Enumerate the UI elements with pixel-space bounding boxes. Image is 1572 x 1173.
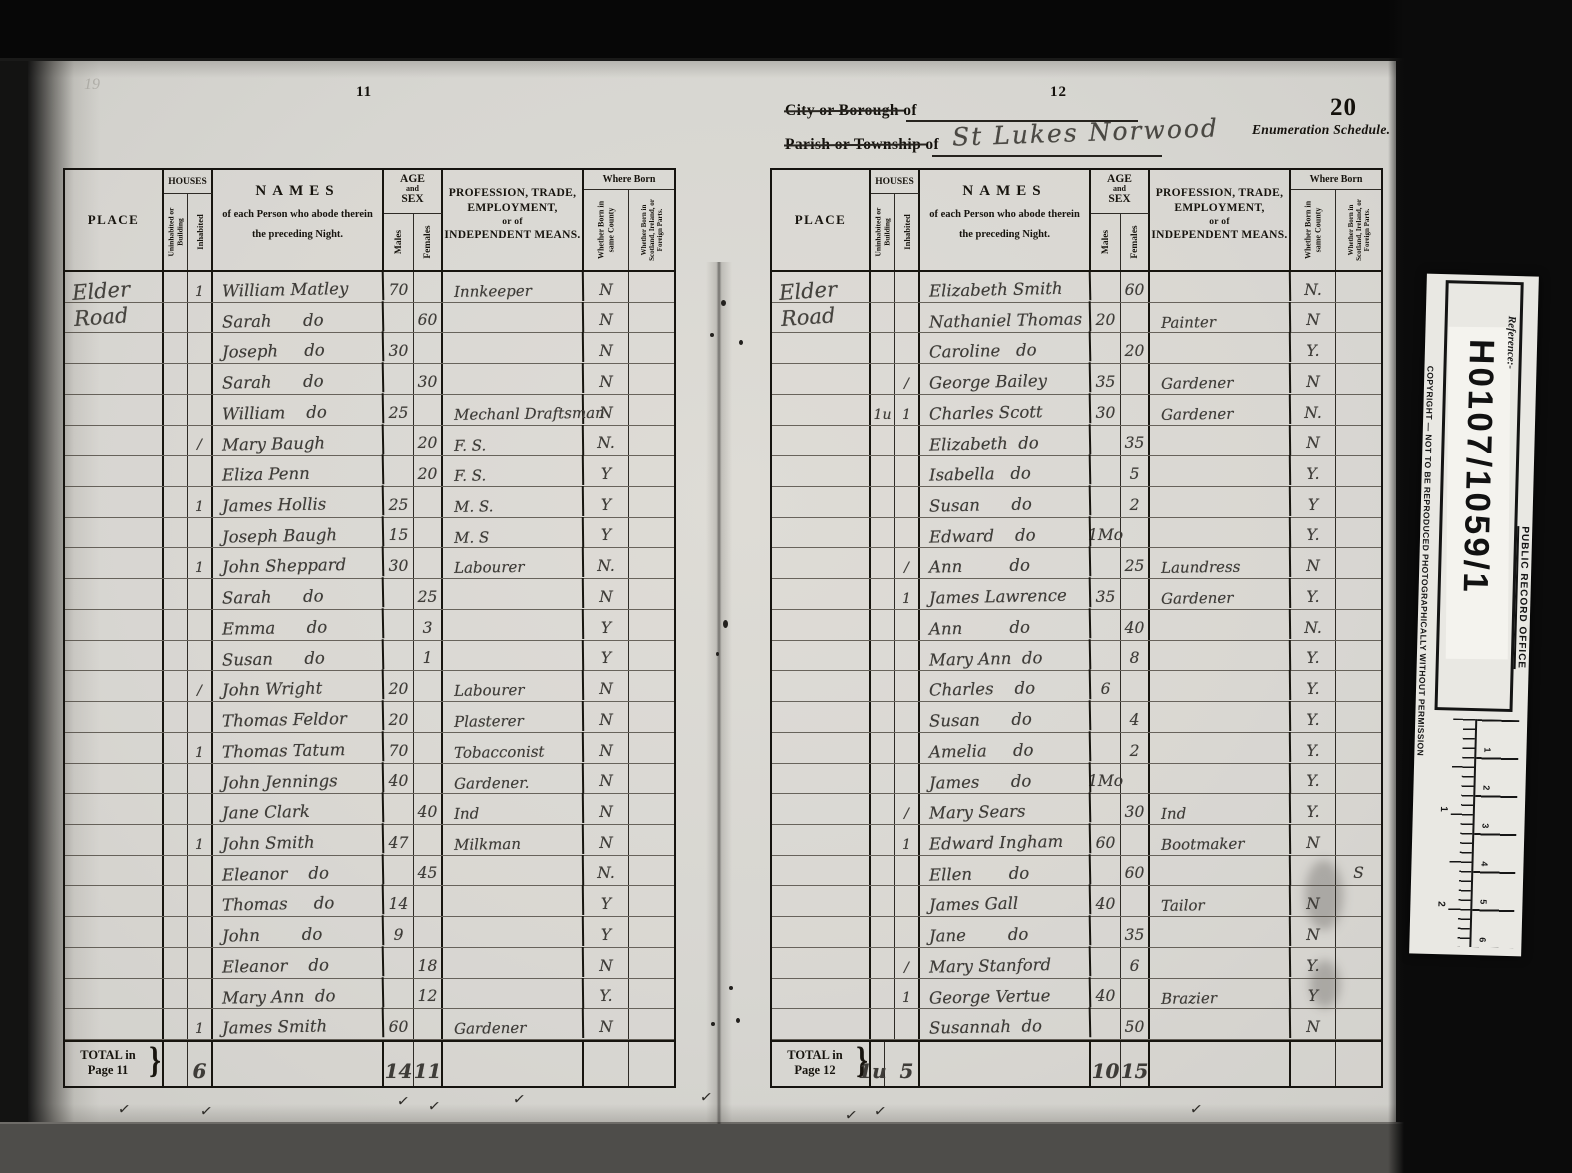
table-row: John Jennings 40 Gardener. N <box>65 764 674 795</box>
ruler-inch-scale: 1 2 <box>1429 718 1475 947</box>
cell-uninhabited <box>164 856 188 886</box>
cell-inhabited <box>188 456 213 486</box>
cell-inhabited <box>895 917 920 947</box>
age-male: 6 <box>1091 671 1121 701</box>
total-names-blank <box>920 1042 1091 1086</box>
born-same-county-mark: N. <box>1291 395 1336 425</box>
born-same-county-mark: Y <box>584 917 629 947</box>
table-row: Elizabeth Smith 60 N. <box>772 272 1381 303</box>
born-same-county-mark: N <box>1291 917 1336 947</box>
person-name: Sarah do <box>213 362 385 395</box>
schedule-number: 20 <box>1330 94 1357 122</box>
profession <box>443 332 584 364</box>
total-males: 10 <box>1091 1042 1121 1086</box>
table-row: Ann do 40 N. <box>772 610 1381 641</box>
cell-inhabited <box>188 856 213 886</box>
profession <box>1150 271 1291 303</box>
cell-uninhabited <box>871 456 895 486</box>
cell-place <box>772 825 871 855</box>
cell-place <box>65 702 164 732</box>
pen-tick-mark: ✓ <box>199 1101 214 1121</box>
col-header-houses: HOUSES <box>164 170 213 194</box>
age-female: 30 <box>1121 794 1150 824</box>
table-row: Elizabeth do 35 N <box>772 426 1381 457</box>
person-name: Ellen do <box>920 854 1092 887</box>
profession: Ind <box>443 793 584 825</box>
cell-inhabited <box>895 886 920 916</box>
cell-uninhabited <box>871 917 895 947</box>
table-row: Susan do 2 Y <box>772 487 1381 518</box>
born-foreign-mark <box>629 948 674 978</box>
table-row: 1 James Smith 60 Gardener N <box>65 1009 674 1040</box>
cell-place <box>772 518 871 548</box>
cell-uninhabited <box>871 825 895 855</box>
table-row: John do 9 Y <box>65 917 674 948</box>
profession: M. S. <box>443 486 584 518</box>
cell-uninhabited <box>164 671 188 701</box>
measurement-ruler: 1 2 3 4 5 6 1 2 <box>1417 718 1519 948</box>
age-male <box>1091 702 1121 732</box>
age-male: 20 <box>1091 303 1121 333</box>
total-foreign-blank <box>629 1042 674 1086</box>
profession <box>443 640 584 672</box>
ruler-number: 4 <box>1479 861 1489 866</box>
faint-corner-mark: 19 <box>84 76 100 94</box>
cell-uninhabited <box>871 333 895 363</box>
profession: Tailor <box>1150 885 1291 917</box>
born-same-county-mark: N <box>584 579 629 609</box>
table-body: 1 William Matley 70 Innkeeper N Sarah do… <box>65 272 674 1040</box>
profession <box>443 978 584 1010</box>
age-male: 70 <box>384 272 414 302</box>
cell-uninhabited <box>871 487 895 517</box>
person-name: Charles do <box>920 670 1092 703</box>
pen-tick-mark: ✓ <box>396 1091 411 1111</box>
age-male <box>1091 917 1121 947</box>
profession: Labourer <box>443 547 584 579</box>
cell-uninhabited <box>871 579 895 609</box>
cell-place <box>772 395 871 425</box>
cell-place <box>772 456 871 486</box>
total-county-blank <box>1291 1042 1336 1086</box>
reference-code: H0107/1059/1 <box>1455 339 1502 596</box>
born-foreign-mark <box>1336 610 1381 640</box>
person-name: Edward Ingham <box>920 823 1092 856</box>
born-same-county-mark: N <box>1291 303 1336 333</box>
cell-uninhabited <box>164 733 188 763</box>
profession <box>443 855 584 887</box>
total-inhabited: 5 <box>895 1042 920 1086</box>
born-foreign-mark <box>1336 794 1381 824</box>
born-foreign-mark <box>629 579 674 609</box>
cell-inhabited: 1 <box>188 272 213 302</box>
cell-uninhabited <box>871 610 895 640</box>
cell-inhabited <box>188 303 213 333</box>
age-male: 40 <box>384 764 414 794</box>
cell-place <box>65 917 164 947</box>
age-female <box>414 333 443 363</box>
person-name: George Bailey <box>920 362 1092 395</box>
table-row: Mary Ann do 8 Y. <box>772 641 1381 672</box>
age-male: 40 <box>1091 886 1121 916</box>
born-same-county-mark: N <box>584 671 629 701</box>
born-foreign-mark <box>629 1009 674 1039</box>
age-male: 30 <box>1091 395 1121 425</box>
cell-uninhabited <box>871 733 895 763</box>
cell-inhabited <box>895 856 920 886</box>
cell-uninhabited <box>164 272 188 302</box>
person-name: James Smith <box>213 1007 385 1040</box>
age-female: 18 <box>414 948 443 978</box>
col-header-females: Females <box>414 214 443 270</box>
age-male <box>384 579 414 609</box>
profession <box>1150 763 1291 795</box>
col-header-uninhabited: Uninhabited or Building <box>164 194 188 270</box>
age-male: 35 <box>1091 364 1121 394</box>
cell-inhabited <box>188 948 213 978</box>
born-foreign-mark <box>629 333 674 363</box>
person-name: Amelia do <box>920 731 1092 764</box>
col-header-names: NAMES of each Person who abode therein t… <box>213 170 384 270</box>
cell-place <box>772 364 871 394</box>
born-same-county-mark: Y. <box>1291 948 1336 978</box>
ruler-number: 1 <box>1482 747 1492 752</box>
person-name: Jane do <box>920 915 1092 948</box>
profession: Innkeeper <box>443 271 584 303</box>
person-name: James do <box>920 762 1092 795</box>
profession: Laundress <box>1150 547 1291 579</box>
age-female <box>1121 764 1150 794</box>
cell-inhabited: 1 <box>188 487 213 517</box>
born-same-county-mark: Y <box>584 610 629 640</box>
pen-tick-mark: ✓ <box>512 1089 527 1109</box>
age-female: 30 <box>414 364 443 394</box>
person-name: Ann do <box>920 547 1092 580</box>
ruler-number: 2 <box>1481 785 1491 790</box>
age-female <box>1121 579 1150 609</box>
born-same-county-mark: Y <box>1291 979 1336 1009</box>
table-header: PLACE HOUSES Uninhabited or Building Inh… <box>772 170 1381 272</box>
col-header-age-sex: AGE and SEX <box>1091 170 1150 214</box>
profession: Bootmaker <box>1150 824 1291 856</box>
cell-place <box>65 794 164 824</box>
cell-uninhabited <box>871 426 895 456</box>
cell-uninhabited <box>164 426 188 456</box>
person-name: Eleanor do <box>213 946 385 979</box>
born-same-county-mark: Y. <box>1291 641 1336 671</box>
pen-tick-mark: ✓ <box>844 1105 859 1125</box>
parish-underline <box>932 155 1162 157</box>
cell-uninhabited <box>871 1009 895 1039</box>
profession: Gardener <box>1150 394 1291 426</box>
census-table-page-12: PLACE HOUSES Uninhabited or Building Inh… <box>770 168 1383 1088</box>
age-female <box>1121 671 1150 701</box>
born-same-county-mark: N <box>1291 1009 1336 1039</box>
page-fold-crease <box>706 262 732 1124</box>
cell-place <box>65 825 164 855</box>
age-male: 20 <box>384 671 414 701</box>
cell-inhabited <box>895 518 920 548</box>
born-foreign-mark <box>1336 579 1381 609</box>
born-same-county-mark: N. <box>1291 610 1336 640</box>
total-uninhabited <box>164 1042 188 1086</box>
person-name: Mary Ann do <box>213 977 385 1010</box>
age-male <box>384 794 414 824</box>
cell-inhabited: 1 <box>895 395 920 425</box>
profession: Gardener. <box>443 763 584 795</box>
cell-inhabited <box>188 364 213 394</box>
born-same-county-mark: Y <box>584 456 629 486</box>
col-header-males: Males <box>1091 214 1121 270</box>
cell-inhabited <box>188 917 213 947</box>
cell-place <box>65 641 164 671</box>
person-name: Thomas Feldor <box>213 700 385 733</box>
age-male <box>384 364 414 394</box>
total-label: TOTAL inPage 12 } <box>772 1042 871 1086</box>
table-row: Edward do 1Mo Y. <box>772 518 1381 549</box>
age-male: 35 <box>1091 579 1121 609</box>
cell-uninhabited <box>164 979 188 1009</box>
cell-inhabited <box>895 764 920 794</box>
born-foreign-mark <box>629 917 674 947</box>
born-foreign-mark <box>629 426 674 456</box>
table-row: / George Bailey 35 Gardener N <box>772 364 1381 395</box>
born-foreign-mark <box>629 671 674 701</box>
age-female <box>1121 364 1150 394</box>
cell-place <box>772 917 871 947</box>
cell-uninhabited <box>871 272 895 302</box>
cell-inhabited <box>188 518 213 548</box>
age-male <box>384 641 414 671</box>
cell-place <box>65 364 164 394</box>
total-males: 14 <box>384 1042 414 1086</box>
ink-speck <box>716 652 719 656</box>
born-foreign-mark <box>629 456 674 486</box>
cell-uninhabited <box>164 333 188 363</box>
cell-place <box>65 733 164 763</box>
person-name: Nathaniel Thomas <box>920 301 1092 334</box>
age-male: 25 <box>384 395 414 425</box>
person-name: Susan do <box>920 700 1092 733</box>
ruler-cm-scale: 1 2 3 4 5 6 <box>1469 719 1519 948</box>
age-male <box>1091 272 1121 302</box>
age-male <box>1091 487 1121 517</box>
born-same-county-mark: N <box>584 825 629 855</box>
born-same-county-mark: N. <box>1291 272 1336 302</box>
cell-inhabited: / <box>895 548 920 578</box>
cell-uninhabited <box>164 456 188 486</box>
cell-inhabited <box>188 886 213 916</box>
cell-inhabited: / <box>188 671 213 701</box>
born-foreign-mark <box>1336 487 1381 517</box>
table-row: James Gall 40 Tailor N <box>772 886 1381 917</box>
person-name: James Lawrence <box>920 577 1092 610</box>
table-row: 1 John Sheppard 30 Labourer N. <box>65 548 674 579</box>
cell-uninhabited <box>871 948 895 978</box>
cell-inhabited: / <box>188 426 213 456</box>
total-label: TOTAL inPage 11 } <box>65 1042 164 1086</box>
age-female: 60 <box>414 303 443 333</box>
cell-uninhabited <box>164 364 188 394</box>
cell-place <box>65 671 164 701</box>
scan-gray-band-bottom <box>0 1122 1572 1173</box>
profession: Gardener <box>1150 578 1291 610</box>
born-same-county-mark: Y. <box>1291 702 1336 732</box>
profession <box>1150 425 1291 457</box>
cell-uninhabited <box>164 794 188 824</box>
age-male: 25 <box>384 487 414 517</box>
total-females: 11 <box>414 1042 443 1086</box>
cell-place <box>65 764 164 794</box>
cell-inhabited <box>188 610 213 640</box>
cell-uninhabited <box>871 856 895 886</box>
cell-inhabited <box>895 733 920 763</box>
ruler-number: 1 <box>1438 806 1449 812</box>
age-male: 14 <box>384 886 414 916</box>
cell-place <box>65 610 164 640</box>
born-foreign-mark <box>629 395 674 425</box>
born-foreign-mark <box>1336 825 1381 855</box>
cell-place <box>65 979 164 1009</box>
person-name: Edward do <box>920 516 1092 549</box>
person-name: Charles Scott <box>920 393 1092 426</box>
age-male: 30 <box>384 333 414 363</box>
total-county-blank <box>584 1042 629 1086</box>
age-female: 20 <box>414 426 443 456</box>
table-row: / Mary Baugh 20 F. S. N. <box>65 426 674 457</box>
cell-uninhabited <box>871 548 895 578</box>
age-male: 9 <box>384 917 414 947</box>
person-name: Jane Clark <box>213 792 385 825</box>
cell-uninhabited <box>164 487 188 517</box>
person-name: Eliza Penn <box>213 455 385 488</box>
born-foreign-mark <box>1336 364 1381 394</box>
profession <box>1150 701 1291 733</box>
cell-inhabited <box>895 456 920 486</box>
table-row: Thomas do 14 Y <box>65 886 674 917</box>
born-same-county-mark: N. <box>584 426 629 456</box>
cell-uninhabited <box>164 764 188 794</box>
census-scan-page: 19 11 12 City or Borough of Parish or To… <box>0 0 1572 1173</box>
person-name: Caroline do <box>920 332 1092 365</box>
total-females: 15 <box>1121 1042 1150 1086</box>
cell-uninhabited <box>164 395 188 425</box>
cell-uninhabited <box>871 364 895 394</box>
age-male <box>1091 733 1121 763</box>
cell-place <box>772 764 871 794</box>
table-row: / Mary Sears 30 Ind Y. <box>772 794 1381 825</box>
age-female <box>414 1009 443 1039</box>
cell-place <box>772 610 871 640</box>
born-foreign-mark: S <box>1336 856 1381 886</box>
col-header-inhabited: Inhabited <box>895 194 920 270</box>
table-row: Jane do 35 N <box>772 917 1381 948</box>
table-row: Sarah do 60 N <box>65 303 674 334</box>
table-row: Charles do 6 Y. <box>772 671 1381 702</box>
profession: M. S <box>443 517 584 549</box>
cell-inhabited <box>895 702 920 732</box>
age-female <box>1121 395 1150 425</box>
cell-place <box>65 456 164 486</box>
total-uninhabited: 1u <box>861 1042 885 1086</box>
table-row: Eleanor do 45 N. <box>65 856 674 887</box>
profession: Labourer <box>443 670 584 702</box>
born-same-county-mark: N <box>584 948 629 978</box>
age-female <box>1121 825 1150 855</box>
age-female <box>1121 518 1150 548</box>
age-female: 25 <box>1121 548 1150 578</box>
profession <box>1150 640 1291 672</box>
table-header: PLACE HOUSES Uninhabited or Building Inh… <box>65 170 674 272</box>
cell-place <box>65 548 164 578</box>
cell-inhabited <box>895 1009 920 1039</box>
table-row: James do 1Mo Y. <box>772 764 1381 795</box>
profession <box>443 363 584 395</box>
age-male: 15 <box>384 518 414 548</box>
age-female <box>1121 979 1150 1009</box>
born-foreign-mark <box>1336 456 1381 486</box>
total-profession-blank <box>443 1042 584 1086</box>
profession <box>443 302 584 334</box>
cell-inhabited <box>895 487 920 517</box>
age-female: 5 <box>1121 456 1150 486</box>
pen-tick-mark: ✓ <box>699 1087 714 1107</box>
person-name: William Matley <box>213 270 385 303</box>
age-male <box>1091 948 1121 978</box>
table-row: Eleanor do 18 N <box>65 948 674 979</box>
cell-inhabited: / <box>895 948 920 978</box>
profession <box>1150 455 1291 487</box>
pen-tick-mark: ✓ <box>427 1096 442 1116</box>
person-name: Susan do <box>920 485 1092 518</box>
person-name: Thomas do <box>213 885 385 918</box>
cell-place <box>772 579 871 609</box>
born-foreign-mark <box>629 364 674 394</box>
cell-uninhabited <box>164 917 188 947</box>
col-header-names: NAMES of each Person who abode therein t… <box>920 170 1091 270</box>
born-foreign-mark <box>1336 641 1381 671</box>
age-female: 25 <box>414 579 443 609</box>
total-brace: } <box>149 1040 161 1083</box>
cell-inhabited: 1 <box>895 825 920 855</box>
cell-inhabited <box>188 702 213 732</box>
cell-uninhabited <box>164 579 188 609</box>
born-foreign-mark <box>629 303 674 333</box>
born-same-county-mark: Y <box>1291 487 1336 517</box>
born-same-county-mark: N <box>584 733 629 763</box>
person-name: Joseph do <box>213 332 385 365</box>
born-foreign-mark <box>1336 733 1381 763</box>
born-same-county-mark: N <box>1291 886 1336 916</box>
ink-speck <box>739 340 743 345</box>
table-row: Amelia do 2 Y. <box>772 733 1381 764</box>
person-name: John Smith <box>213 823 385 856</box>
born-foreign-mark <box>629 702 674 732</box>
person-name: Sarah do <box>213 577 385 610</box>
born-foreign-mark <box>629 733 674 763</box>
age-female <box>1121 303 1150 333</box>
col-header-where-born: Where Born <box>584 170 674 190</box>
pen-tick-mark: ✓ <box>1189 1099 1204 1119</box>
born-same-county-mark: N <box>1291 825 1336 855</box>
age-female <box>414 272 443 302</box>
cell-uninhabited <box>871 641 895 671</box>
pen-tick-mark: ✓ <box>117 1099 132 1119</box>
cell-uninhabited <box>871 979 895 1009</box>
cell-place <box>772 333 871 363</box>
born-same-county-mark: N <box>1291 364 1336 394</box>
person-name: Elizabeth do <box>920 424 1092 457</box>
